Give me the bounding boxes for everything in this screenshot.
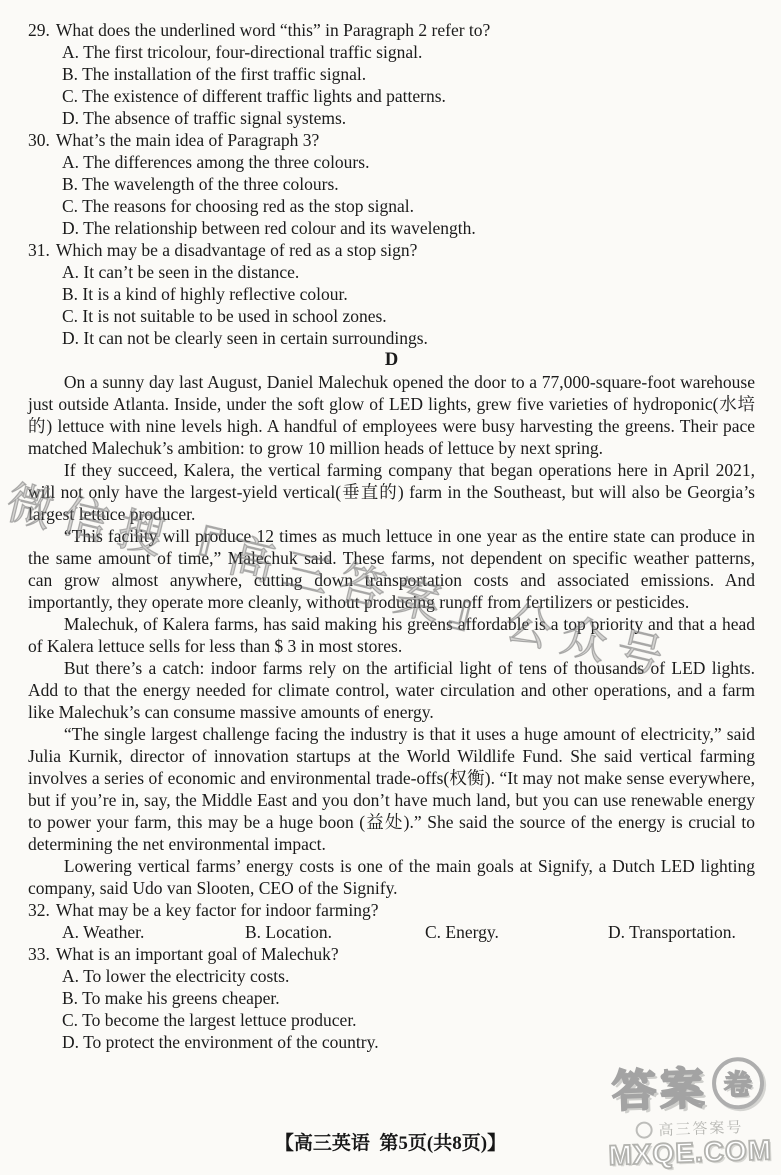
passage-paragraph-3: “This facility will produce 12 times as … [28,525,755,613]
answer-option-c: C. The existence of different traffic li… [28,85,755,107]
answer-option-c: C. To become the largest lettuce produce… [28,1009,755,1031]
page-content: 29.What does the underlined word “this” … [28,19,755,1053]
watermark-logo-text: 答案 [611,1052,709,1119]
question-31: 31.Which may be a disadvantage of red as… [28,239,755,349]
answer-option-a: A. Weather. [62,921,245,943]
answer-option-a: A. To lower the electricity costs. [28,965,755,987]
answer-option-d: D. It can not be clearly seen in certain… [28,327,755,349]
exam-page: 29.What does the underlined word “this” … [0,0,781,1175]
question-text: Which may be a disadvantage of red as a … [56,240,418,260]
answer-option-c: C. Energy. [425,921,608,943]
question-text: What does the underlined word “this” in … [56,20,490,40]
answer-option-d: D. The absence of traffic signal systems… [28,107,755,129]
answer-option-a: A. The differences among the three colou… [28,151,755,173]
page-footer: 【高三英语 第5页(共8页)】 [0,1128,781,1155]
question-number: 30. [28,130,50,150]
question-number: 31. [28,240,50,260]
question-29-stem: 29.What does the underlined word “this” … [28,19,755,41]
watermark-logo-row: 答案 卷 [605,1050,771,1120]
answer-option-a: A. It can’t be seen in the distance. [28,261,755,283]
passage-paragraph-4: Malechuk, of Kalera farms, has said maki… [28,613,755,657]
passage-section-label: D [28,349,755,371]
question-text: What may be a key factor for indoor farm… [56,900,379,920]
passage-paragraph-6: “The single largest challenge facing the… [28,723,755,855]
passage-paragraph-1: On a sunny day last August, Daniel Malec… [28,371,755,459]
question-29: 29.What does the underlined word “this” … [28,19,755,129]
options-row: A. Weather. B. Location. C. Energy. D. T… [28,921,755,943]
watermark-circle-icon: 卷 [711,1056,765,1110]
question-33: 33.What is an important goal of Malechuk… [28,943,755,1053]
passage-paragraph-2: If they succeed, Kalera, the vertical fa… [28,459,755,525]
answer-option-d: D. Transportation. [608,921,755,943]
answer-option-d: D. To protect the environment of the cou… [28,1031,755,1053]
question-text: What’s the main idea of Paragraph 3? [56,130,319,150]
question-number: 29. [28,20,50,40]
question-31-stem: 31.Which may be a disadvantage of red as… [28,239,755,261]
passage-paragraph-7: Lowering vertical farms’ energy costs is… [28,855,755,899]
answer-option-a: A. The first tricolour, four-directional… [28,41,755,63]
question-number: 32. [28,900,50,920]
answer-option-d: D. The relationship between red colour a… [28,217,755,239]
answer-option-b: B. It is a kind of highly reflective col… [28,283,755,305]
answer-option-c: C. The reasons for choosing red as the s… [28,195,755,217]
question-32: 32.What may be a key factor for indoor f… [28,899,755,943]
answer-option-b: B. Location. [245,921,425,943]
question-30-stem: 30.What’s the main idea of Paragraph 3? [28,129,755,151]
question-30: 30.What’s the main idea of Paragraph 3? … [28,129,755,239]
question-32-stem: 32.What may be a key factor for indoor f… [28,899,755,921]
answer-option-c: C. It is not suitable to be used in scho… [28,305,755,327]
passage-paragraph-5: But there’s a catch: indoor farms rely o… [28,657,755,723]
answer-option-b: B. The wavelength of the three colours. [28,173,755,195]
question-33-stem: 33.What is an important goal of Malechuk… [28,943,755,965]
answer-option-b: B. To make his greens cheaper. [28,987,755,1009]
question-number: 33. [28,944,50,964]
question-text: What is an important goal of Malechuk? [56,944,339,964]
answer-option-b: B. The installation of the first traffic… [28,63,755,85]
